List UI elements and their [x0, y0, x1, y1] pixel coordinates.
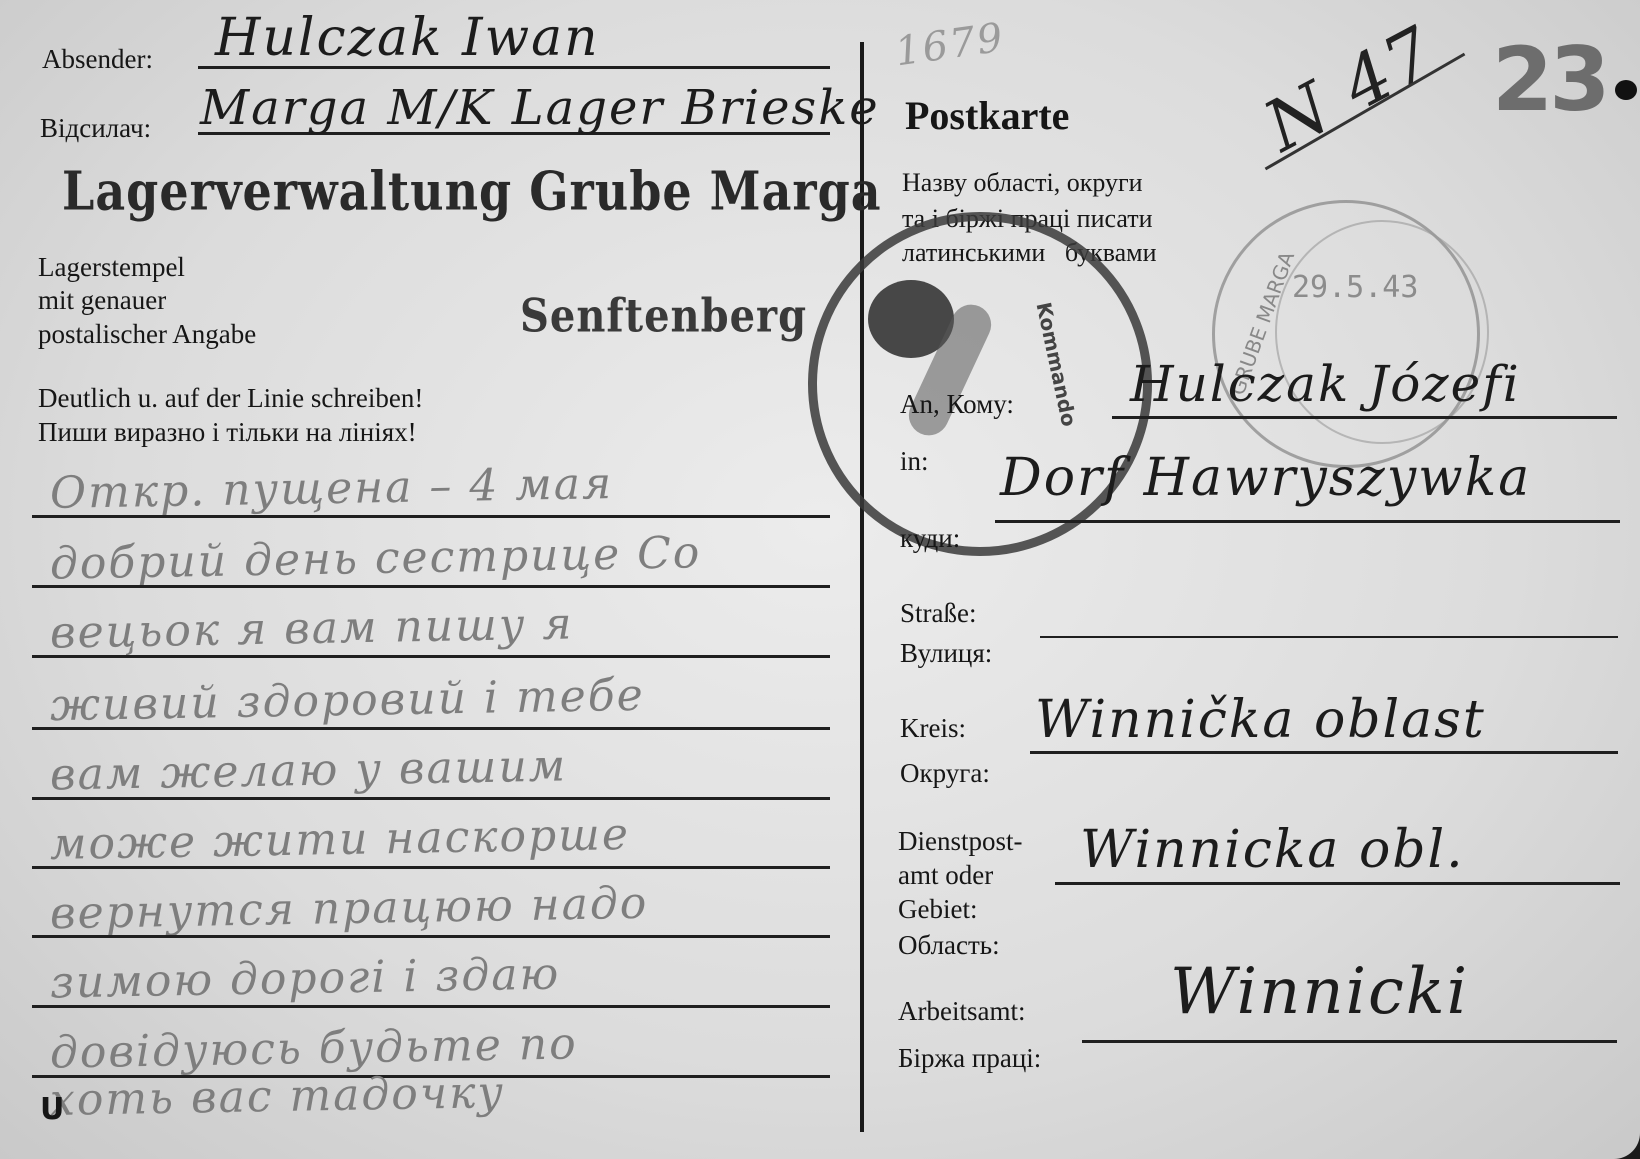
kudy-label: куди: [900, 525, 960, 552]
kreis-value[interactable]: Winnička oblast [1035, 690, 1486, 750]
message-line: хоть вас тадочку [50, 1067, 506, 1126]
message-rule [32, 797, 830, 800]
corner-mark: U [40, 1092, 64, 1127]
message-line: Откр. пущена – 4 мая [50, 458, 614, 519]
message-rule [32, 727, 830, 730]
message-line: вам желаю у вашим [50, 740, 568, 800]
lagerstempel-line-3: postalischer Angabe [38, 321, 256, 348]
strasse-label: Straße: [900, 600, 976, 627]
strasse-underline [1040, 636, 1618, 638]
kreis-underline [1030, 751, 1618, 754]
message-rule [32, 655, 830, 658]
instruction-de: Deutlich u. auf der Linie schreiben! [38, 385, 423, 412]
arbeitsamt-underline [1082, 1040, 1617, 1043]
postcard: 1679 23 N 47 Absender: Hulczak Iwan Відс… [0, 0, 1640, 1159]
arbeitsamt-label: Arbeitsamt: [898, 998, 1025, 1025]
an-value[interactable]: Hulczak Józefi [1130, 355, 1521, 413]
arbeitsamt-value[interactable]: Winnicki [1170, 955, 1469, 1029]
postkarte-title: Postkarte [905, 92, 1069, 139]
ink-dot [1615, 80, 1637, 100]
in-label: in: [900, 448, 929, 475]
okruha-label: Округа: [900, 760, 990, 787]
birzha-label: Біржа праці: [898, 1045, 1041, 1072]
message-rule [32, 1005, 830, 1008]
dienstpost-line-3: Gebiet: [898, 896, 977, 923]
in-value[interactable]: Dorf Hawryszywka [1000, 448, 1531, 508]
vulytsia-label: Вулиця: [900, 640, 992, 667]
oblast-label: Область: [898, 932, 1000, 959]
an-label: An, Кому: [900, 391, 1014, 418]
kreis-label: Kreis: [900, 715, 966, 742]
instructions-line-1: Назву області, округи [902, 170, 1143, 196]
an-underline [1112, 416, 1617, 419]
message-line: добрий день сестрице Со [50, 527, 702, 589]
lagerstempel-line-1: Lagerstempel [38, 254, 185, 281]
message-rule [32, 935, 830, 938]
dienstpost-line-2: amt oder [898, 862, 993, 889]
registry-mark: N 47 [1251, 10, 1449, 167]
lagerstempel-line-2: mit genauer [38, 287, 166, 314]
archive-number: 23 [1492, 28, 1606, 131]
message-rule [32, 585, 830, 588]
in-underline [995, 520, 1620, 523]
absender-label: Absender: [42, 46, 153, 73]
message-line: вецьок я вам пишу я [50, 598, 574, 658]
absender-value[interactable]: Hulczak Iwan [215, 8, 600, 68]
dienstpost-value[interactable]: Winnicka obl. [1080, 820, 1465, 880]
message-rule [32, 515, 830, 518]
vidsylach-value[interactable]: Marga M/K Lager Brieske [200, 80, 880, 136]
message-line: зимою дорогі і здаю [50, 949, 561, 1009]
pencil-number: 1679 [892, 15, 1007, 76]
message-line: живий здоровий і тебе [50, 670, 645, 731]
message-line: вернутся працюю надо [50, 878, 649, 939]
message-rule [32, 866, 830, 869]
message-line: може жити наскорше [50, 809, 631, 870]
instruction-uk: Пиши виразно і тільки на лініях! [38, 419, 417, 446]
dienstpost-underline [1055, 882, 1620, 885]
dienstpost-line-1: Dienstpost- [898, 828, 1023, 855]
vidsylach-label: Відсилач: [40, 115, 151, 142]
camp-stamp-line1: Lagerverwaltung Grube Marga [62, 160, 882, 222]
camp-stamp-line2: Senftenberg [520, 289, 807, 343]
postmark-date: 29.5.43 [1292, 270, 1418, 305]
